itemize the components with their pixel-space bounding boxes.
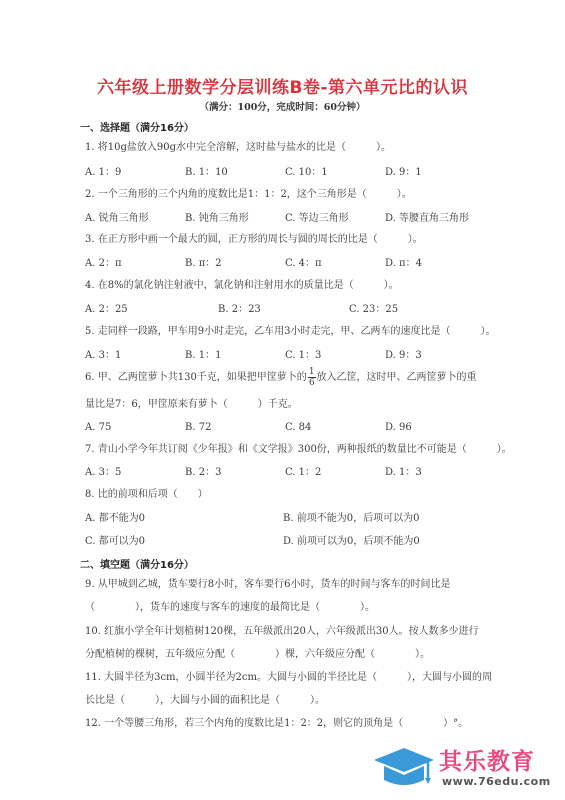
fraction-denominator: 6 bbox=[308, 378, 316, 388]
question-9: 9. 从甲城到乙城，货车要行8小时，客车要行6小时，货车的时间与客车的时间比是 bbox=[85, 578, 515, 592]
question-9-line-2: （ ），货车的速度与客车的速度的最简比是（ ）。 bbox=[85, 601, 515, 615]
question-3-options: A. 2：π B. π：2 C. 4：π D. π：4 bbox=[85, 257, 515, 271]
option-c: C. 1：2 bbox=[285, 466, 321, 480]
question-1-options: A. 1：9 B. 1：10 C. 10：1 D. 9：1 bbox=[85, 166, 515, 180]
option-d: D. 前项可以为0，后项不能为0 bbox=[283, 535, 420, 549]
question-7: 7. 青山小学今年共订阅《少年报》和《文学报》300份，两种报纸的数量比不可能是… bbox=[85, 443, 515, 457]
question-4: 4. 在8%的氯化钠注射液中，氯化钠和注射用水的质量比是（ ）。 bbox=[85, 279, 515, 293]
question-2-options: A. 锐角三角形 B. 钝角三角形 C. 等边三角形 D. 等腰直角三角形 bbox=[85, 212, 515, 226]
page-title: 六年级上册数学分层训练B卷-第六单元比的认识 bbox=[0, 73, 565, 98]
option-a: A. 2：π bbox=[85, 257, 122, 271]
brand-url: www.76edu.com bbox=[442, 775, 551, 788]
option-c: C. 等边三角形 bbox=[285, 212, 349, 226]
option-d: D. 等腰直角三角形 bbox=[385, 212, 469, 226]
graduation-cap-icon bbox=[372, 744, 436, 790]
option-c: C. 4：π bbox=[285, 257, 322, 271]
question-10: 10. 红旗小学全年计划植树120棵，五年级派出20人，六年级派出30人。按人数… bbox=[85, 625, 515, 639]
question-6: 6. 甲、乙两筐萝卜共130千克，如果把甲筐萝卜的16放入乙筐，这时甲、乙两筐萝… bbox=[85, 366, 515, 390]
option-a: A. 3：5 bbox=[85, 466, 121, 480]
option-a: A. 3：1 bbox=[85, 349, 121, 363]
question-11: 11. 大圆半径为3cm，小圆半径为2cm。大圆与小圆的半径比是（ ），大圆与小… bbox=[85, 671, 515, 685]
question-3: 3. 在正方形中画一个最大的圆，正方形的周长与圆的周长的比是（ ）。 bbox=[85, 233, 515, 247]
option-a: A. 锐角三角形 bbox=[85, 212, 149, 226]
option-b: B. 2：23 bbox=[218, 303, 261, 317]
option-a: A. 2：25 bbox=[85, 303, 128, 317]
option-b: B. 72 bbox=[185, 421, 211, 435]
question-4-options: A. 2：25 B. 2：23 C. 23：25 bbox=[85, 303, 515, 317]
option-a: A. 1：9 bbox=[85, 166, 121, 180]
option-b: B. 1：1 bbox=[185, 349, 221, 363]
question-6-text-after: 放入乙筐，这时甲、乙两筐萝卜的重 bbox=[317, 372, 477, 383]
watermark-logo: 其乐教育 www.76edu.com bbox=[372, 740, 562, 795]
question-11-line-2: 长比是（ ），大圆与小圆的面积比是（ ）。 bbox=[85, 694, 515, 708]
question-5-options: A. 3：1 B. 1：1 C. 1：3 D. 9：3 bbox=[85, 349, 515, 363]
question-5: 5. 走同样一段路，甲车用9小时走完，乙车用3小时走完，甲、乙两车的速度比是（ … bbox=[85, 325, 515, 339]
fraction-numerator: 1 bbox=[308, 367, 316, 378]
page-subtitle: （满分：100分，完成时间：60分钟） bbox=[0, 99, 565, 113]
option-d: D. π：4 bbox=[385, 257, 422, 271]
question-1: 1. 将10g盐放入90g水中完全溶解，这时盐与盐水的比是（ ）。 bbox=[85, 141, 515, 155]
question-6-line-2: 量比是7：6，甲筐原来有萝卜（ ）千克。 bbox=[85, 398, 515, 412]
section-heading-fill-blank: 二、填空题（满分16分） bbox=[80, 556, 194, 571]
option-c: C. 10：1 bbox=[285, 166, 328, 180]
question-12: 12. 一个等腰三角形，若三个内角的度数比是1：2：2，则它的顶角是（ ）°。 bbox=[85, 717, 515, 731]
option-a: A. 都不能为0 bbox=[85, 512, 145, 526]
option-b: B. 1：10 bbox=[185, 166, 228, 180]
question-8-options-row-2: C. 都可以为0 D. 前项可以为0，后项不能为0 bbox=[85, 535, 515, 549]
option-b: B. π：2 bbox=[185, 257, 222, 271]
option-b: B. 前项不能为0，后项可以为0 bbox=[283, 512, 419, 526]
option-c: C. 84 bbox=[285, 421, 311, 435]
option-d: D. 96 bbox=[385, 421, 412, 435]
option-b: B. 2：3 bbox=[185, 466, 221, 480]
section-heading-choice: 一、选择题（满分16分） bbox=[80, 119, 194, 134]
question-6-options: A. 75 B. 72 C. 84 D. 96 bbox=[85, 421, 515, 435]
option-c: C. 都可以为0 bbox=[85, 535, 145, 549]
question-8: 8. 比的前项和后项（ ） bbox=[85, 488, 515, 502]
question-7-options: A. 3：5 B. 2：3 C. 1：2 D. 1：3 bbox=[85, 466, 515, 480]
option-d: D. 9：3 bbox=[385, 349, 422, 363]
option-d: D. 1：3 bbox=[385, 466, 422, 480]
option-c: C. 23：25 bbox=[349, 303, 398, 317]
option-d: D. 9：1 bbox=[385, 166, 422, 180]
option-b: B. 钝角三角形 bbox=[185, 212, 249, 226]
question-2: 2. 一个三角形的三个内角的度数比是1：1：2，这个三角形是（ ）。 bbox=[85, 188, 515, 202]
question-6-text-before: 6. 甲、乙两筐萝卜共130千克，如果把甲筐萝卜的 bbox=[85, 372, 307, 383]
option-a: A. 75 bbox=[85, 421, 111, 435]
fraction-one-sixth: 16 bbox=[308, 367, 316, 388]
question-10-line-2: 分配植树的棵树，五年级应分配（ ）棵，六年级应分配（ ）。 bbox=[85, 648, 515, 662]
worksheet-page: 六年级上册数学分层训练B卷-第六单元比的认识 （满分：100分，完成时间：60分… bbox=[0, 0, 565, 800]
option-c: C. 1：3 bbox=[285, 349, 321, 363]
brand-name: 其乐教育 bbox=[439, 743, 535, 776]
question-8-options-row-1: A. 都不能为0 B. 前项不能为0，后项可以为0 bbox=[85, 512, 515, 526]
